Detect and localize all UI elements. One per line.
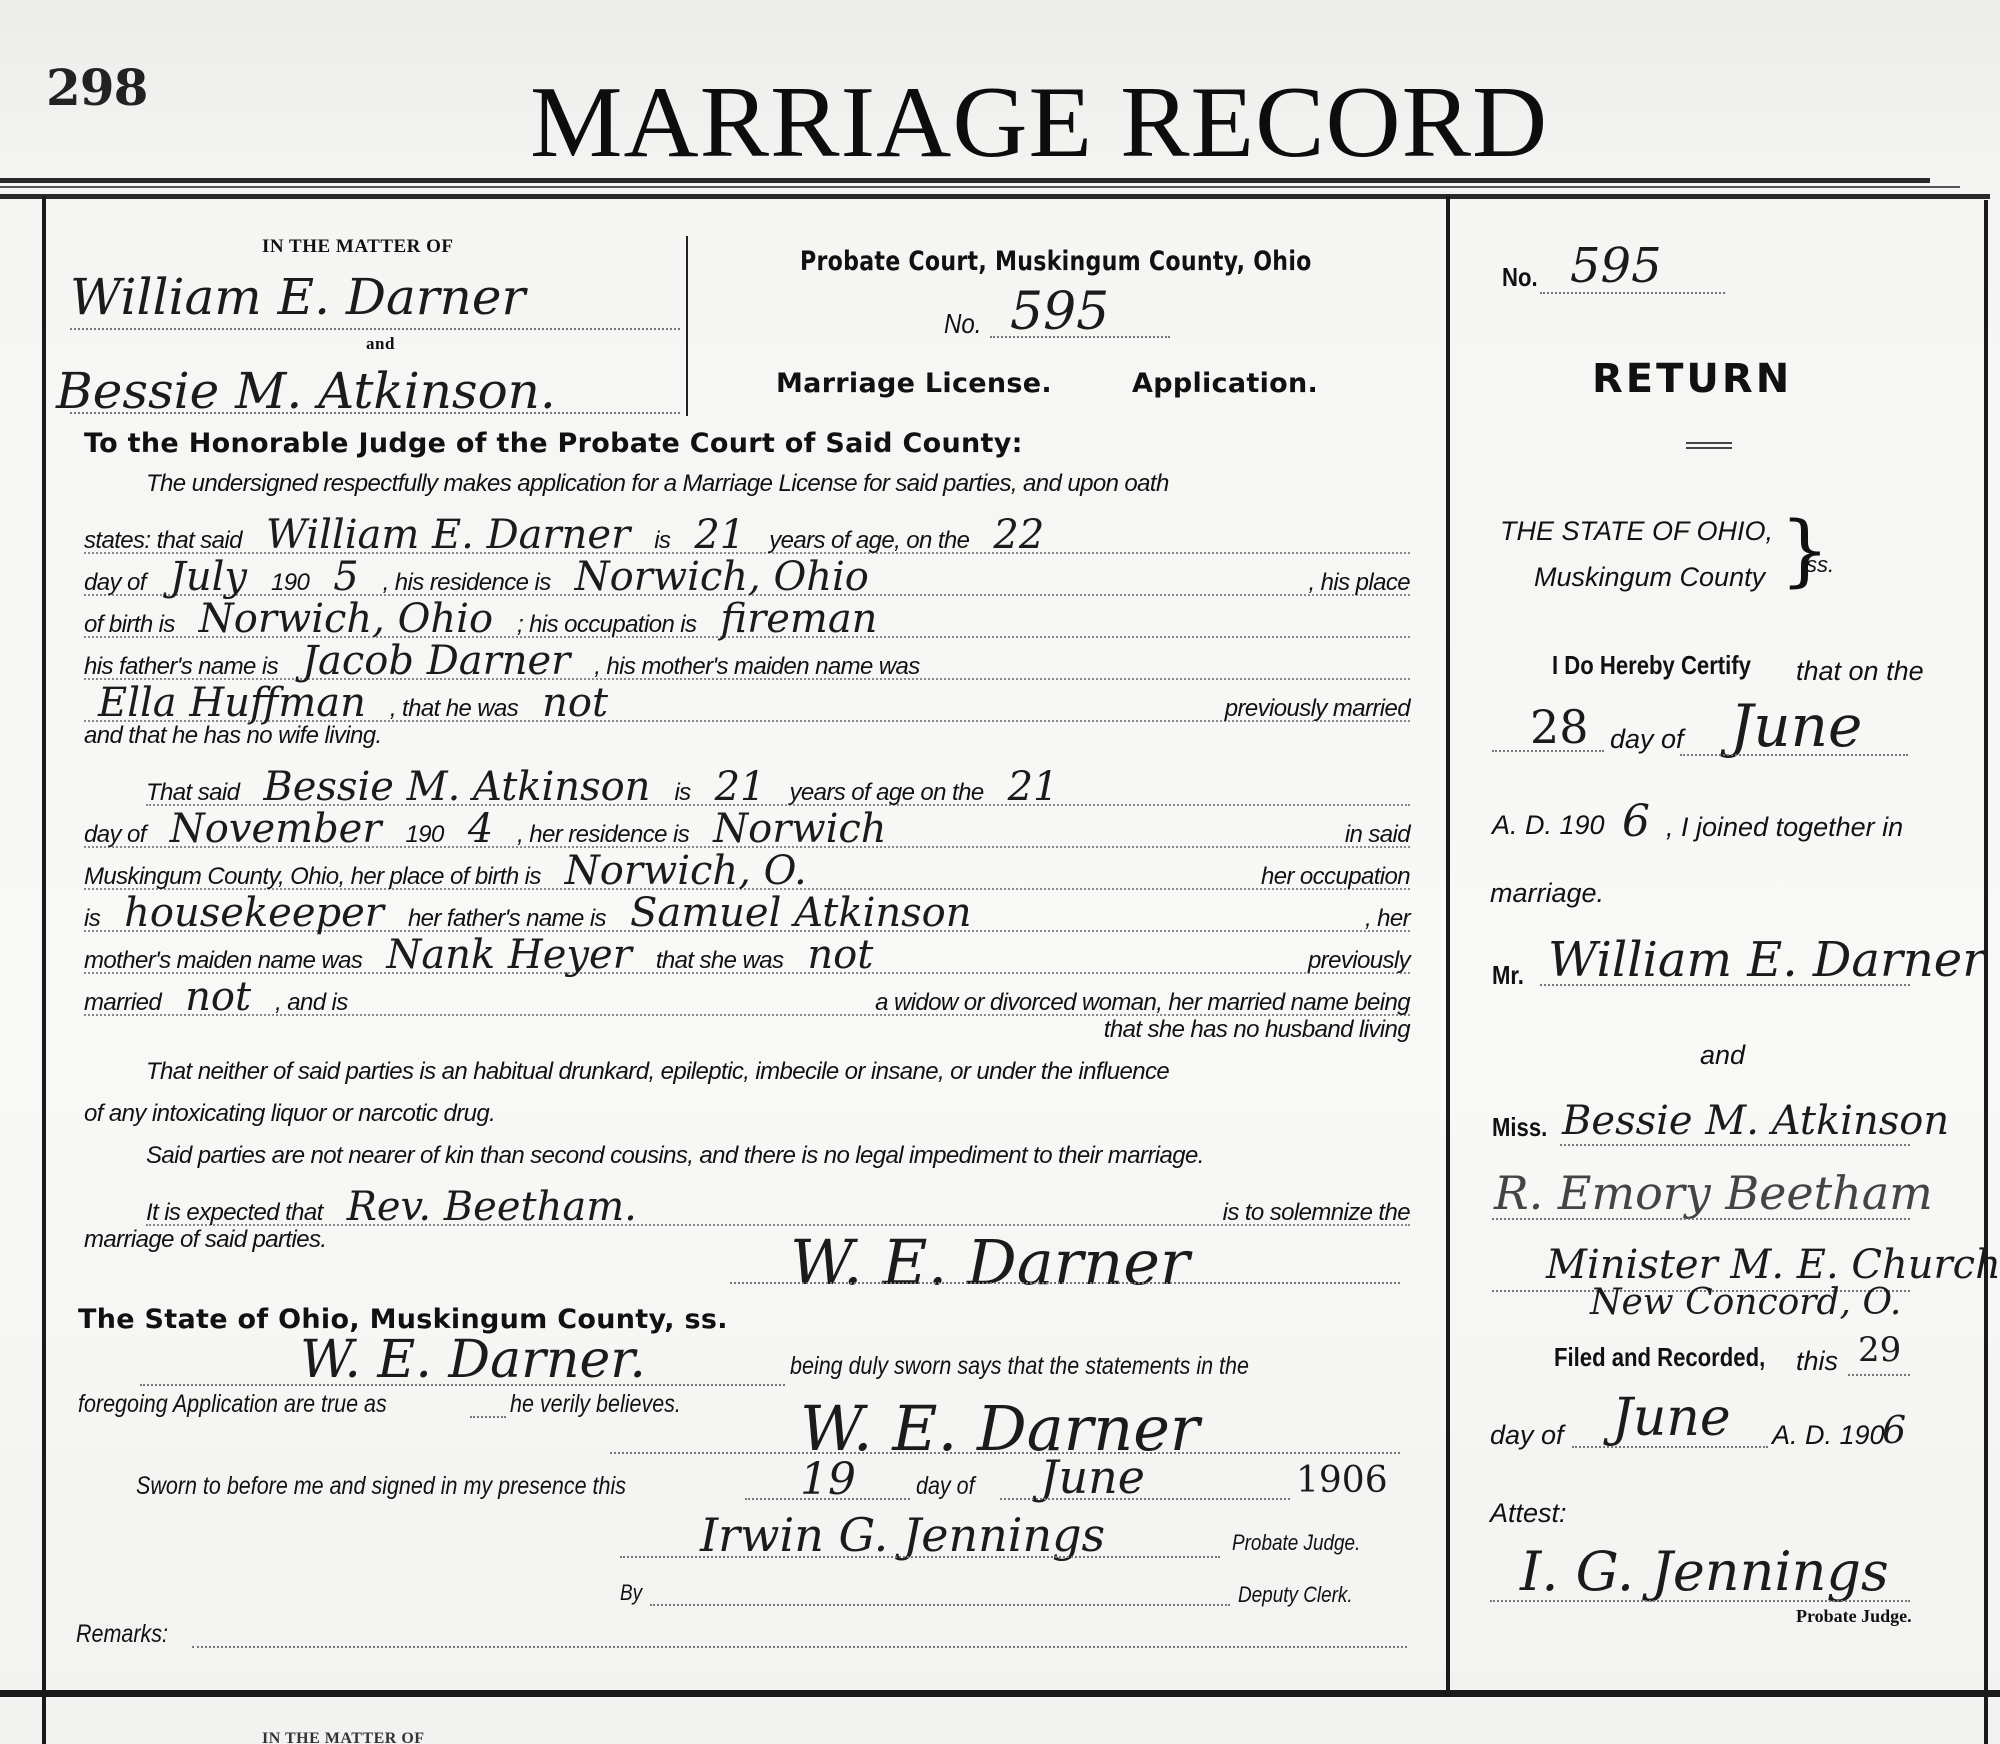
return-month-line (1680, 754, 1908, 756)
application-line: of birth isNorwich, Ohio; his occupation… (84, 596, 1410, 638)
form-text: is (674, 779, 690, 807)
page-number: 298 (46, 58, 147, 117)
return-divider (1686, 442, 1732, 449)
oath-line-2b: he verily believes. (510, 1390, 681, 1419)
return-day-of: day of (1610, 724, 1684, 755)
header-rule-mid (0, 186, 1960, 188)
handwritten-entry: not (171, 974, 265, 1020)
form-text: his father's name is (84, 653, 278, 681)
oath-affiant: W. E. Darner. (300, 1330, 646, 1390)
matter-and: and (366, 334, 395, 354)
handwritten-entry: November (156, 806, 396, 852)
deputy-label: Deputy Clerk. (1238, 1582, 1353, 1608)
return-groom-line (1540, 984, 1910, 986)
return-marriage: marriage. (1490, 878, 1604, 909)
handwritten-entry: July (156, 554, 261, 600)
form-text: , and is (275, 989, 348, 1017)
officiant-place: New Concord, O. (1590, 1282, 1901, 1323)
attest-label: Attest: (1490, 1498, 1567, 1529)
form-text: , his mother's maiden name was (594, 653, 919, 681)
header-rule-bottom (0, 194, 1990, 199)
certify-bold: I Do Hereby Certify (1552, 650, 1751, 681)
filed-day-line (1848, 1374, 1910, 1376)
filed-day-of: day of (1490, 1420, 1564, 1451)
filed-month-line (1572, 1446, 1768, 1448)
court-no-value: 595 (1010, 282, 1109, 342)
return-county: Muskingum County (1534, 562, 1765, 593)
oath-signature-line (610, 1452, 1400, 1454)
court-heading: Probate Court, Muskingum County, Ohio (800, 246, 1312, 277)
handwritten-entry: 5 (319, 554, 372, 600)
form-text: ; his occupation is (517, 611, 696, 639)
sworn-month-line (1000, 1498, 1290, 1500)
filed-day: 29 (1858, 1330, 1901, 1370)
left-border (42, 196, 46, 1744)
handwritten-entry: 21 (680, 512, 759, 558)
form-text: a widow or divorced woman, her married n… (875, 989, 1410, 1017)
form-text: states: that said (84, 527, 242, 555)
judge-signature: Irwin G. Jennings (700, 1508, 1105, 1562)
return-day: 28 (1530, 700, 1589, 754)
form-text: mother's maiden name was (84, 947, 362, 975)
handwritten-entry: Nank Heyer (372, 932, 646, 978)
handwritten-entry: Norwich, Ohio (185, 596, 507, 642)
groom-name-handwritten: William E. Darner (70, 268, 525, 326)
form-text: her occupation (1261, 863, 1410, 891)
groom-name-line (70, 328, 680, 330)
handwritten-entry: Norwich, O. (551, 848, 821, 894)
handwritten-entry: fireman (706, 596, 891, 642)
application-line: and that he has no wife living. (84, 722, 1410, 762)
sworn-day-line (745, 1498, 910, 1500)
remarks-line (192, 1646, 1407, 1648)
form-text: that she was (656, 947, 784, 975)
oath-affiant-line (140, 1384, 785, 1386)
license-heading: Marriage License. (776, 368, 1052, 399)
application-line: states: that saidWilliam E. Darneris21ye… (84, 512, 1410, 554)
applicant-signature-line (730, 1282, 1400, 1284)
matter-label: IN THE MATTER OF (262, 236, 454, 258)
filed-month: June (1612, 1388, 1731, 1448)
record-page: 298 MARRIAGE RECORD IN THE MATTER OF Wil… (0, 0, 2000, 1744)
handwritten-entry: housekeeper (110, 890, 398, 936)
matter-bracket (686, 236, 688, 416)
handwritten-entry: Samuel Atkinson (616, 890, 986, 936)
application-line: Said parties are not nearer of kin than … (146, 1142, 1410, 1182)
application-line: of any intoxicating liquor or narcotic d… (84, 1100, 1410, 1140)
filed-ad: A. D. 190 (1772, 1420, 1885, 1451)
form-text: is (84, 905, 100, 933)
form-text: , her residence is (517, 821, 689, 849)
handwritten-entry: Jacob Darner (288, 638, 584, 684)
return-no-label: No. (1502, 262, 1538, 293)
officiant-name: R. Emory Beetham (1494, 1166, 1933, 1220)
return-day-line (1492, 750, 1604, 752)
return-ss: ss. (1806, 552, 1834, 578)
attest-title: Probate Judge. (1796, 1606, 1912, 1627)
bride-name-line (70, 412, 680, 414)
form-text: It is expected that (146, 1199, 323, 1227)
attest-signature-line (1490, 1600, 1910, 1602)
application-line: It is expected thatRev. Beetham.is to so… (146, 1184, 1410, 1226)
oath-line-1: being duly sworn says that the statement… (790, 1352, 1249, 1381)
application-line: that she has no husband living (84, 1016, 1410, 1056)
oath-line-2: foregoing Application are true as (78, 1390, 387, 1419)
handwritten-entry: 21 (701, 764, 780, 810)
return-bride: Bessie M. Atkinson (1562, 1098, 1949, 1144)
sworn-month: June (1040, 1450, 1145, 1504)
return-title: RETURN (1592, 356, 1792, 402)
handwritten-entry: William E. Darner (252, 512, 644, 558)
applicant-signature: W. E. Darner (790, 1226, 1190, 1299)
mr-label: Mr. (1492, 960, 1524, 991)
sworn-day-of: day of (916, 1472, 975, 1501)
filed-this: this (1796, 1346, 1838, 1377)
judge-signature-line (620, 1556, 1220, 1558)
application-line: That neither of said parties is an habit… (146, 1058, 1410, 1098)
form-text: day of (84, 569, 146, 597)
application-line: marriednot, and isa widow or divorced wo… (84, 974, 1410, 1016)
application-line: Ella Huffman, that he wasnotpreviously m… (84, 680, 1410, 722)
return-year-digit: 6 (1622, 796, 1650, 847)
form-text: , his residence is (383, 569, 551, 597)
form-text: That neither of said parties is an habit… (146, 1058, 1169, 1086)
filed-label: Filed and Recorded, (1554, 1342, 1765, 1373)
form-text: her father's name is (408, 905, 606, 933)
application-line: That saidBessie M. Atkinsonis21years of … (146, 764, 1410, 806)
miss-label: Miss. (1492, 1112, 1547, 1143)
filed-year-digit: 6 (1882, 1408, 1906, 1452)
form-text: That said (146, 779, 239, 807)
handwritten-entry: 22 (979, 512, 1058, 558)
form-text: , his place (1309, 569, 1410, 597)
header-rule-top (0, 178, 1930, 183)
brace-icon: } (1780, 512, 1830, 590)
column-divider (1446, 196, 1450, 1696)
application-heading: Application. (1132, 368, 1318, 399)
application-line: The undersigned respectfully makes appli… (146, 470, 1410, 510)
court-no-label: No. (944, 308, 981, 340)
application-line: ishousekeeperher father's name isSamuel … (84, 890, 1410, 932)
application-line: day ofJuly1905, his residence isNorwich,… (84, 554, 1410, 596)
handwritten-entry: 4 (454, 806, 507, 852)
return-state: THE STATE OF OHIO, (1500, 516, 1773, 547)
certify-rest: that on the (1796, 656, 1924, 687)
next-matter-label: IN THE MATTER OF (262, 1730, 425, 1744)
application-line: day ofNovember1904, her residence isNorw… (84, 806, 1410, 848)
by-label: By (620, 1580, 642, 1606)
sworn-year: 1906 (1296, 1460, 1388, 1501)
form-text: 190 (405, 821, 443, 849)
form-text: The undersigned respectfully makes appli… (146, 470, 1169, 498)
oath-he-line (470, 1416, 506, 1418)
handwritten-entry: not (793, 932, 887, 978)
application-line: Muskingum County, Ohio, her place of bir… (84, 848, 1410, 890)
page-title: MARRIAGE RECORD (530, 64, 1548, 181)
form-text: 190 (271, 569, 309, 597)
application-line: his father's name isJacob Darner, his mo… (84, 638, 1410, 680)
handwritten-entry: Bessie M. Atkinson (249, 764, 664, 810)
form-text: years of age, on the (769, 527, 969, 555)
return-ad: A. D. 190 (1492, 810, 1605, 841)
form-text: married (84, 989, 161, 1017)
handwritten-entry: Norwich, Ohio (561, 554, 883, 600)
return-groom: William E. Darner (1548, 932, 1985, 988)
form-text: of birth is (84, 611, 175, 639)
return-joined: , I joined together in (1666, 812, 1903, 843)
handwritten-entry: not (528, 680, 622, 726)
form-text: previously (1308, 947, 1410, 975)
form-text: , that he was (390, 695, 518, 723)
attest-signature: I. G. Jennings (1520, 1540, 1889, 1603)
judge-label: Probate Judge. (1232, 1530, 1360, 1556)
application-address: To the Honorable Judge of the Probate Co… (84, 428, 1023, 459)
form-text: Muskingum County, Ohio, her place of bir… (84, 863, 541, 891)
return-no-value: 595 (1570, 238, 1662, 294)
form-text: Said parties are not nearer of kin than … (146, 1142, 1204, 1170)
form-text: day of (84, 821, 146, 849)
officiant-name-line (1492, 1218, 1910, 1220)
application-line: marriage of said parties. (84, 1226, 1410, 1266)
return-and: and (1700, 1040, 1745, 1071)
form-text: years of age on the (789, 779, 983, 807)
return-month: June (1730, 692, 1862, 760)
application-line: mother's maiden name wasNank Heyerthat s… (84, 932, 1410, 974)
form-text: that she has no husband living (1104, 1016, 1410, 1044)
handwritten-entry: Rev. Beetham. (333, 1184, 651, 1230)
court-no-line (990, 336, 1170, 338)
handwritten-entry: 21 (994, 764, 1073, 810)
sworn-text: Sworn to before me and signed in my pres… (136, 1472, 626, 1501)
form-text: in said (1345, 821, 1410, 849)
handwritten-entry: Ella Huffman (84, 680, 380, 726)
remarks-label: Remarks: (76, 1620, 168, 1649)
form-text: and that he has no wife living. (84, 722, 382, 750)
return-no-line (1540, 292, 1725, 294)
form-text: marriage of said parties. (84, 1226, 326, 1254)
form-text: is to solemnize the (1223, 1199, 1410, 1227)
bottom-rule (0, 1690, 2000, 1697)
form-text: is (654, 527, 670, 555)
return-bride-line (1560, 1144, 1910, 1146)
handwritten-entry: Norwich (699, 806, 900, 852)
by-line (650, 1604, 1230, 1606)
form-text: , her (1365, 905, 1410, 933)
form-text: of any intoxicating liquor or narcotic d… (84, 1100, 495, 1128)
form-text: previously married (1225, 695, 1410, 723)
